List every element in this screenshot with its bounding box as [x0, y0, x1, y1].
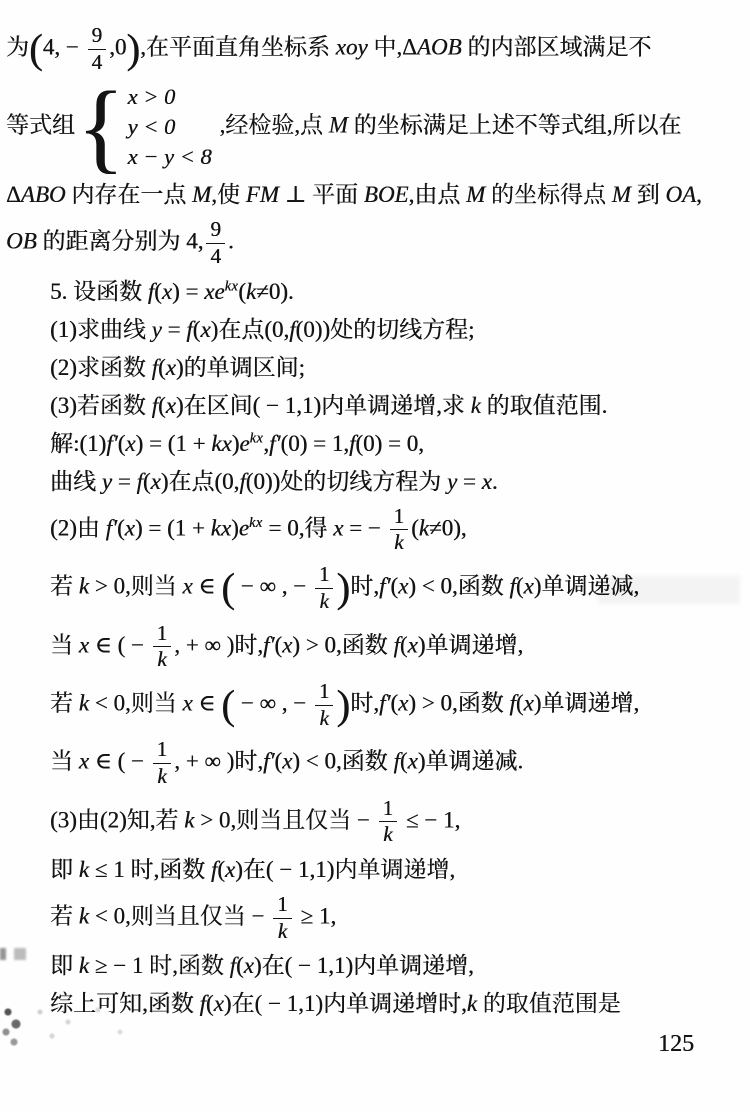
- math-run: x: [79, 632, 89, 657]
- text-run: ) > 0,函数: [408, 690, 509, 715]
- left-brace: {: [77, 82, 124, 173]
- text-run: < 0,则当: [89, 690, 182, 715]
- text-run: ) = (1 +: [135, 515, 211, 540]
- text-run: (3)由(2)知,若: [50, 807, 184, 832]
- math-run: f′: [269, 431, 280, 456]
- text-run: (: [158, 393, 166, 418]
- text-run: (2)求函数: [50, 355, 152, 380]
- text-run: (: [274, 749, 282, 774]
- text-run: ⊥ 平面: [279, 182, 364, 207]
- text-line-5: 5. 设函数 f(x) = xekx(k≠0).: [0, 273, 750, 311]
- page-content: 为(4, − 94,0),在平面直角坐标系 xoy 中,ΔAOB 的内部区域满足…: [0, 20, 750, 1023]
- math-run: x: [398, 690, 408, 715]
- text-run: 为: [6, 34, 29, 59]
- math-run: x: [214, 991, 224, 1016]
- math-run: x: [182, 690, 192, 715]
- text-line-12: 若 k > 0,则当 x ∈ ( − ∞ , − 1k)时,f′(x) < 0,…: [0, 559, 750, 617]
- inequality-row: y < 0: [127, 112, 211, 142]
- math-run: OB: [6, 229, 37, 254]
- text-line-10: 曲线 y = f(x)在点(0,f(0))处的切线方程为 y = x.: [0, 463, 750, 501]
- math-run: y: [152, 317, 162, 342]
- text-line-11: (2)由 f′(x) = (1 + kx)ekx = 0,得 x = − 1k(…: [0, 501, 750, 559]
- text-run: ) > 0,函数: [292, 632, 393, 657]
- text-run: (: [117, 515, 125, 540]
- text-run: ∈: [193, 574, 222, 599]
- text-run: > 0,则当: [89, 574, 182, 599]
- fraction: 94: [88, 24, 107, 74]
- text-run: ≥ 1,: [295, 903, 336, 928]
- text-run: )在( − 1,1)内单调递增,: [254, 953, 474, 978]
- text-run: , + ∞ )时,: [174, 632, 263, 657]
- text-run: 若: [50, 690, 79, 715]
- fraction-numerator: 1: [273, 893, 292, 919]
- text-run: > 0,则当且仅当 −: [194, 807, 375, 832]
- math-run: FM: [246, 182, 279, 207]
- superscript: kx: [250, 430, 264, 446]
- text-run: 即: [50, 953, 79, 978]
- math-run: x: [523, 574, 533, 599]
- fraction-denominator: k: [379, 822, 398, 847]
- text-run: )在( − 1,1)内单调递增,: [235, 857, 455, 882]
- text-run: (0) = 1,: [280, 431, 349, 456]
- text-run: 的坐标满足上述不等式组,所以在: [348, 113, 682, 138]
- math-run: x: [408, 749, 418, 774]
- text-run: )的单调区间;: [176, 355, 305, 380]
- text-run: 的距离分别为 4,: [37, 229, 204, 254]
- text-run: (: [390, 574, 398, 599]
- big-paren: (: [29, 25, 43, 71]
- text-run: .: [228, 229, 234, 254]
- text-run: , + ∞ )时,: [174, 749, 263, 774]
- fraction-denominator: k: [315, 706, 334, 731]
- text-run: (: [238, 279, 246, 304]
- fraction-denominator: 4: [88, 50, 107, 75]
- fraction-denominator: k: [315, 589, 334, 614]
- fraction-numerator: 1: [153, 622, 172, 648]
- text-run: (3)若函数: [50, 393, 152, 418]
- text-run: 4, −: [43, 34, 85, 59]
- inequality-system: {x > 0y < 0x − y < 8: [77, 82, 212, 172]
- text-run: =: [162, 317, 186, 342]
- text-run: (: [390, 690, 398, 715]
- math-run: k: [467, 991, 477, 1016]
- math-run: x: [182, 574, 192, 599]
- fraction-numerator: 9: [88, 24, 107, 50]
- text-line-2: 等式组{x > 0y < 0x − y < 8 ,经检验,点 M 的坐标满足上述…: [0, 78, 750, 176]
- text-run: Δ: [6, 182, 21, 207]
- text-line-13: 当 x ∈ ( − 1k, + ∞ )时,f′(x) > 0,函数 f(x)单调…: [0, 618, 750, 676]
- text-run: − ∞ , −: [235, 690, 312, 715]
- fraction-denominator: k: [273, 919, 292, 944]
- math-run: k: [471, 393, 481, 418]
- text-run: 的坐标得点: [485, 182, 612, 207]
- text-line-17: 即 k ≤ 1 时,函数 f(x)在( − 1,1)内单调递增,: [0, 851, 750, 889]
- fraction-denominator: k: [153, 647, 172, 672]
- text-run: 等式组: [6, 113, 75, 138]
- text-run: ,0: [109, 34, 126, 59]
- math-run: k: [79, 953, 89, 978]
- fraction: 1k: [390, 505, 409, 555]
- text-run: (: [143, 469, 151, 494]
- text-run: (: [400, 632, 408, 657]
- big-paren: (: [221, 565, 235, 611]
- text-run: ∈ ( −: [89, 749, 150, 774]
- math-run: k: [419, 515, 429, 540]
- text-run: = −: [343, 515, 386, 540]
- math-run: ABO: [21, 182, 66, 207]
- text-run: (0))处的切线方程为: [246, 469, 447, 494]
- math-run: f′: [379, 574, 390, 599]
- math-run: x: [398, 574, 408, 599]
- math-run: e: [239, 431, 249, 456]
- text-run: 的取值范围是: [477, 991, 621, 1016]
- text-line-7: (2)求函数 f(x)的单调区间;: [0, 349, 750, 387]
- text-run: 若: [50, 574, 79, 599]
- text-run: ) =: [172, 279, 204, 304]
- text-line-15: 当 x ∈ ( − 1k, + ∞ )时,f′(x) < 0,函数 f(x)单调…: [0, 734, 750, 792]
- math-run: k: [184, 807, 194, 832]
- text-run: )单调递增,: [418, 632, 523, 657]
- math-run: kx: [211, 431, 231, 456]
- math-run: f′: [379, 690, 390, 715]
- text-run: )在( − 1,1)内单调递增时,: [224, 991, 467, 1016]
- text-run: ≤ − 1,: [400, 807, 460, 832]
- math-run: x: [523, 690, 533, 715]
- math-run: k: [79, 857, 89, 882]
- fraction-numerator: 1: [390, 505, 409, 531]
- fraction-denominator: k: [153, 764, 172, 789]
- inequality-row: x − y < 8: [127, 142, 211, 172]
- fraction: 1k: [315, 680, 334, 730]
- text-line-8: (3)若函数 f(x)在区间( − 1,1)内单调递增,求 k 的取值范围.: [0, 387, 750, 425]
- text-run: 综上可知,函数: [50, 991, 200, 1016]
- text-line-14: 若 k < 0,则当 x ∈ ( − ∞ , − 1k)时,f′(x) > 0,…: [0, 676, 750, 734]
- text-run: = 0,得: [263, 515, 333, 540]
- text-run: 时,: [350, 574, 379, 599]
- math-run: x: [282, 632, 292, 657]
- math-run: x: [166, 393, 176, 418]
- math-run: k: [79, 690, 89, 715]
- fraction-denominator: 4: [206, 244, 225, 269]
- text-run: (: [274, 632, 282, 657]
- text-run: )单调递增,: [534, 690, 639, 715]
- text-run: ,: [696, 182, 702, 207]
- text-run: 内存在一点: [66, 182, 193, 207]
- math-run: f′: [263, 749, 274, 774]
- fraction: 1k: [153, 738, 172, 788]
- fraction: 1k: [315, 563, 334, 613]
- text-run: 解:(1): [50, 431, 106, 456]
- text-run: )在区间( − 1,1)内单调递增,求: [176, 393, 471, 418]
- fraction-numerator: 1: [153, 738, 172, 764]
- text-line-1: 为(4, − 94,0),在平面直角坐标系 xoy 中,ΔAOB 的内部区域满足…: [0, 20, 750, 78]
- text-run: 即: [50, 857, 79, 882]
- text-run: ,在平面直角坐标系: [140, 34, 336, 59]
- text-run: ,由点: [409, 182, 467, 207]
- text-run: 的取值范围.: [481, 393, 608, 418]
- big-paren: (: [221, 681, 235, 727]
- math-run: kx: [211, 515, 231, 540]
- math-run: x: [125, 431, 135, 456]
- math-run: M: [466, 182, 485, 207]
- text-line-4: OB 的距离分别为 4,94.: [0, 214, 750, 272]
- text-run: (2)由: [50, 515, 106, 540]
- text-run: ≠0),: [429, 515, 467, 540]
- inequality-row: x > 0: [127, 82, 211, 112]
- math-run: OA: [665, 182, 696, 207]
- math-run: AOB: [417, 34, 462, 59]
- text-run: ): [231, 515, 239, 540]
- text-run: )单调递减,: [534, 574, 639, 599]
- text-run: =: [457, 469, 481, 494]
- text-run: (0) = 0,: [355, 431, 424, 456]
- big-paren: ): [126, 25, 140, 71]
- text-line-18: 若 k < 0,则当且仅当 − 1k ≥ 1,: [0, 889, 750, 947]
- fraction: 1k: [153, 622, 172, 672]
- text-line-20: 综上可知,函数 f(x)在( − 1,1)内单调递增时,k 的取值范围是: [0, 985, 750, 1023]
- text-run: ) < 0,函数: [292, 749, 393, 774]
- text-run: (: [206, 991, 214, 1016]
- math-run: f′: [263, 632, 274, 657]
- text-run: (: [400, 749, 408, 774]
- text-run: (0))处的切线方程;: [296, 317, 475, 342]
- math-run: xe: [204, 279, 224, 304]
- text-run: (1)求曲线: [50, 317, 152, 342]
- text-run: − ∞ , −: [235, 574, 312, 599]
- text-line-16: (3)由(2)知,若 k > 0,则当且仅当 − 1k ≤ − 1,: [0, 793, 750, 851]
- fraction-denominator: k: [390, 530, 409, 555]
- math-run: k: [246, 279, 256, 304]
- text-run: )在点(0,: [211, 317, 290, 342]
- fraction: 94: [206, 218, 225, 268]
- fraction-numerator: 1: [315, 680, 334, 706]
- fraction-numerator: 9: [206, 218, 225, 244]
- scanned-textbook-page: 为(4, − 94,0),在平面直角坐标系 xoy 中,ΔAOB 的内部区域满足…: [0, 0, 750, 1112]
- text-run: ) < 0,函数: [408, 574, 509, 599]
- big-paren: ): [336, 681, 350, 727]
- text-run: 到: [631, 182, 666, 207]
- math-run: x: [244, 953, 254, 978]
- math-run: x: [282, 749, 292, 774]
- text-run: ≤ 1 时,函数: [89, 857, 211, 882]
- fraction: 1k: [273, 893, 292, 943]
- math-run: x: [162, 279, 172, 304]
- math-run: f′: [106, 431, 117, 456]
- text-run: (: [411, 515, 419, 540]
- text-line-6: (1)求曲线 y = f(x)在点(0,f(0))处的切线方程;: [0, 311, 750, 349]
- text-run: 曲线: [50, 469, 102, 494]
- text-run: .: [492, 469, 498, 494]
- page-number: 125: [0, 1031, 750, 1058]
- text-run: ∈ ( −: [89, 632, 150, 657]
- math-run: x: [151, 469, 161, 494]
- math-run: BOE: [364, 182, 409, 207]
- text-run: 中,Δ: [368, 34, 417, 59]
- math-run: x: [166, 355, 176, 380]
- text-run: 当: [50, 749, 79, 774]
- text-run: ∈: [193, 690, 222, 715]
- superscript: kx: [249, 515, 263, 531]
- fraction: 1k: [379, 797, 398, 847]
- superscript: kx: [225, 278, 239, 294]
- text-line-19: 即 k ≥ − 1 时,函数 f(x)在( − 1,1)内单调递增,: [0, 947, 750, 985]
- fraction-numerator: 1: [315, 563, 334, 589]
- text-run: )在点(0,: [161, 469, 240, 494]
- math-run: y: [447, 469, 457, 494]
- math-run: k: [79, 903, 89, 928]
- math-run: M: [192, 182, 211, 207]
- text-run: ) = (1 +: [136, 431, 212, 456]
- math-run: f′: [106, 515, 117, 540]
- math-run: k: [79, 574, 89, 599]
- text-run: (: [236, 953, 244, 978]
- fraction-numerator: 1: [379, 797, 398, 823]
- text-run: (: [154, 279, 162, 304]
- text-run: (: [158, 355, 166, 380]
- text-run: 的内部区域满足不: [462, 34, 652, 59]
- math-run: M: [612, 182, 631, 207]
- text-run: )单调递减.: [418, 749, 523, 774]
- math-run: x: [125, 515, 135, 540]
- math-run: xoy: [336, 34, 368, 59]
- math-run: M: [329, 113, 348, 138]
- math-run: e: [239, 515, 249, 540]
- big-paren: ): [336, 565, 350, 611]
- math-run: x: [200, 317, 210, 342]
- text-run: ,经检验,点: [214, 113, 329, 138]
- text-run: 时,: [350, 690, 379, 715]
- text-run: =: [112, 469, 136, 494]
- text-run: ≠0).: [256, 279, 294, 304]
- text-run: 当: [50, 632, 79, 657]
- math-run: y: [102, 469, 112, 494]
- text-run: (: [217, 857, 225, 882]
- math-run: x: [408, 632, 418, 657]
- math-run: x: [79, 749, 89, 774]
- text-run: 5. 设函数: [50, 279, 148, 304]
- math-run: x: [333, 515, 343, 540]
- text-line-9: 解:(1)f′(x) = (1 + kx)ekx,f′(0) = 1,f(0) …: [0, 425, 750, 463]
- math-run: x: [225, 857, 235, 882]
- text-run: < 0,则当且仅当 −: [89, 903, 270, 928]
- inequality-rows: x > 0y < 0x − y < 8: [127, 82, 211, 172]
- text-run: ,使: [211, 182, 246, 207]
- math-run: x: [482, 469, 492, 494]
- text-run: ≥ − 1 时,函数: [89, 953, 230, 978]
- text-run: 若: [50, 903, 79, 928]
